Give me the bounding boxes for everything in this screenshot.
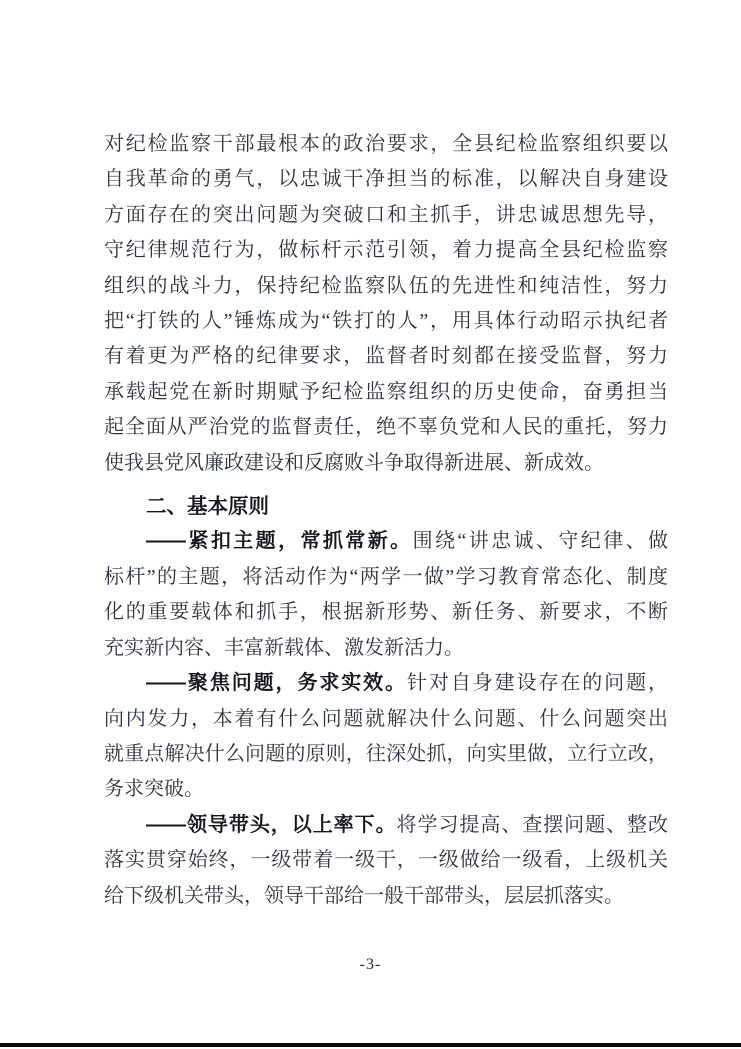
text-line: 向内发力，本着有什么问题就解决什么问题、什么问题突出 bbox=[104, 702, 668, 737]
text-run: 落实贯穿始终，一级带着一级干，一级做给一级看，上级机关 bbox=[104, 849, 668, 871]
text-run: 承载起党在新时期赋予纪检监察组织的历史使命，奋勇担当 bbox=[104, 381, 668, 403]
text-line: 承载起党在新时期赋予纪检监察组织的历史使命，奋勇担当 bbox=[104, 375, 668, 410]
text-line: 充实新内容、丰富新载体、激发新活力。 bbox=[104, 631, 668, 666]
text-run: 给下级机关带头，领导干部给一般干部带头，层层抓落实。 bbox=[104, 885, 624, 907]
text-line: ——领导带头，以上率下。将学习提高、查摆问题、整改 bbox=[104, 808, 668, 843]
text-run: 有着更为严格的纪律要求，监督者时刻都在接受监督，努力 bbox=[104, 345, 668, 367]
text-run: 自我革命的勇气，以忠诚干净担当的标准，以解决自身建设 bbox=[104, 168, 668, 190]
text-line: 务求突破。 bbox=[104, 772, 668, 807]
page-number: -3- bbox=[0, 956, 741, 974]
text-run: 务求突破。 bbox=[104, 778, 204, 800]
text-line: 自我革命的勇气，以忠诚干净担当的标准，以解决自身建设 bbox=[104, 162, 668, 197]
section-heading: 二、基本原则 bbox=[104, 489, 668, 524]
text-line: 给下级机关带头，领导干部给一般干部带头，层层抓落实。 bbox=[104, 879, 668, 914]
text-run: 围绕“讲忠诚、守纪律、做 bbox=[413, 530, 668, 552]
text-line: 化的重要载体和抓手，根据新形势、新任务、新要求，不断 bbox=[104, 595, 668, 630]
text-line: 守纪律规范行为，做标杆示范引领，着力提高全县纪检监察 bbox=[104, 233, 668, 268]
text-line: ——聚焦问题，务求实效。针对自身建设存在的问题， bbox=[104, 666, 668, 701]
text-line: 方面存在的突出问题为突破口和主抓手，讲忠诚思想先导， bbox=[104, 198, 668, 233]
text-run: 充实新内容、丰富新载体、激发新活力。 bbox=[104, 637, 464, 659]
text-run: 把“打铁的人”锤炼成为“铁打的人”，用具体行动昭示执纪者 bbox=[104, 310, 668, 332]
text-run: 方面存在的突出问题为突破口和主抓手，讲忠诚思想先导， bbox=[104, 204, 668, 226]
text-run: 将学习提高、查摆问题、整改 bbox=[397, 814, 668, 836]
text-line: 就重点解决什么问题的原则，往深处抓，向实里做，立行立改， bbox=[104, 737, 668, 772]
text-line: ——紧扣主题，常抓常新。围绕“讲忠诚、守纪律、做 bbox=[104, 524, 668, 559]
text-run: 起全面从严治党的监督责任，绝不辜负党和人民的重托，努力 bbox=[104, 416, 668, 438]
text-run: 守纪律规范行为，做标杆示范引领，着力提高全县纪检监察 bbox=[104, 239, 668, 261]
text-run: 针对自身建设存在的问题， bbox=[407, 672, 668, 694]
document-page: 对纪检监察干部最根本的政治要求，全县纪检监察组织要以自我革命的勇气，以忠诚干净担… bbox=[0, 0, 741, 1049]
text-run: 就重点解决什么问题的原则，往深处抓，向实里做，立行立改， bbox=[104, 743, 668, 765]
text-run: 向内发力，本着有什么问题就解决什么问题、什么问题突出 bbox=[104, 708, 668, 730]
bold-lead-text: ——紧扣主题，常抓常新。 bbox=[146, 530, 413, 552]
text-line: 使我县党风廉政建设和反腐败斗争取得新进展、新成效。 bbox=[104, 446, 668, 481]
bold-lead-text: ——领导带头，以上率下。 bbox=[146, 814, 397, 836]
text-line: 组织的战斗力，保持纪检监察队伍的先进性和纯洁性，努力 bbox=[104, 269, 668, 304]
text-run: 对纪检监察干部最根本的政治要求，全县纪检监察组织要以 bbox=[104, 133, 668, 155]
text-run: 标杆”的主题，将活动作为“两学一做”学习教育常态化、制度 bbox=[104, 566, 668, 588]
text-line: 标杆”的主题，将活动作为“两学一做”学习教育常态化、制度 bbox=[104, 560, 668, 595]
document-body: 对纪检监察干部最根本的政治要求，全县纪检监察组织要以自我革命的勇气，以忠诚干净担… bbox=[104, 127, 668, 914]
bold-lead-text: ——聚焦问题，务求实效。 bbox=[146, 672, 407, 694]
text-line: 把“打铁的人”锤炼成为“铁打的人”，用具体行动昭示执纪者 bbox=[104, 304, 668, 339]
text-line: 落实贯穿始终，一级带着一级干，一级做给一级看，上级机关 bbox=[104, 843, 668, 878]
page-bottom-edge bbox=[0, 1043, 741, 1047]
text-run: 组织的战斗力，保持纪检监察队伍的先进性和纯洁性，努力 bbox=[104, 275, 668, 297]
text-run: 使我县党风廉政建设和反腐败斗争取得新进展、新成效。 bbox=[104, 452, 604, 474]
text-line: 起全面从严治党的监督责任，绝不辜负党和人民的重托，努力 bbox=[104, 410, 668, 445]
text-run: 化的重要载体和抓手，根据新形势、新任务、新要求，不断 bbox=[104, 601, 668, 623]
text-line: 对纪检监察干部最根本的政治要求，全县纪检监察组织要以 bbox=[104, 127, 668, 162]
text-line: 有着更为严格的纪律要求，监督者时刻都在接受监督，努力 bbox=[104, 339, 668, 374]
